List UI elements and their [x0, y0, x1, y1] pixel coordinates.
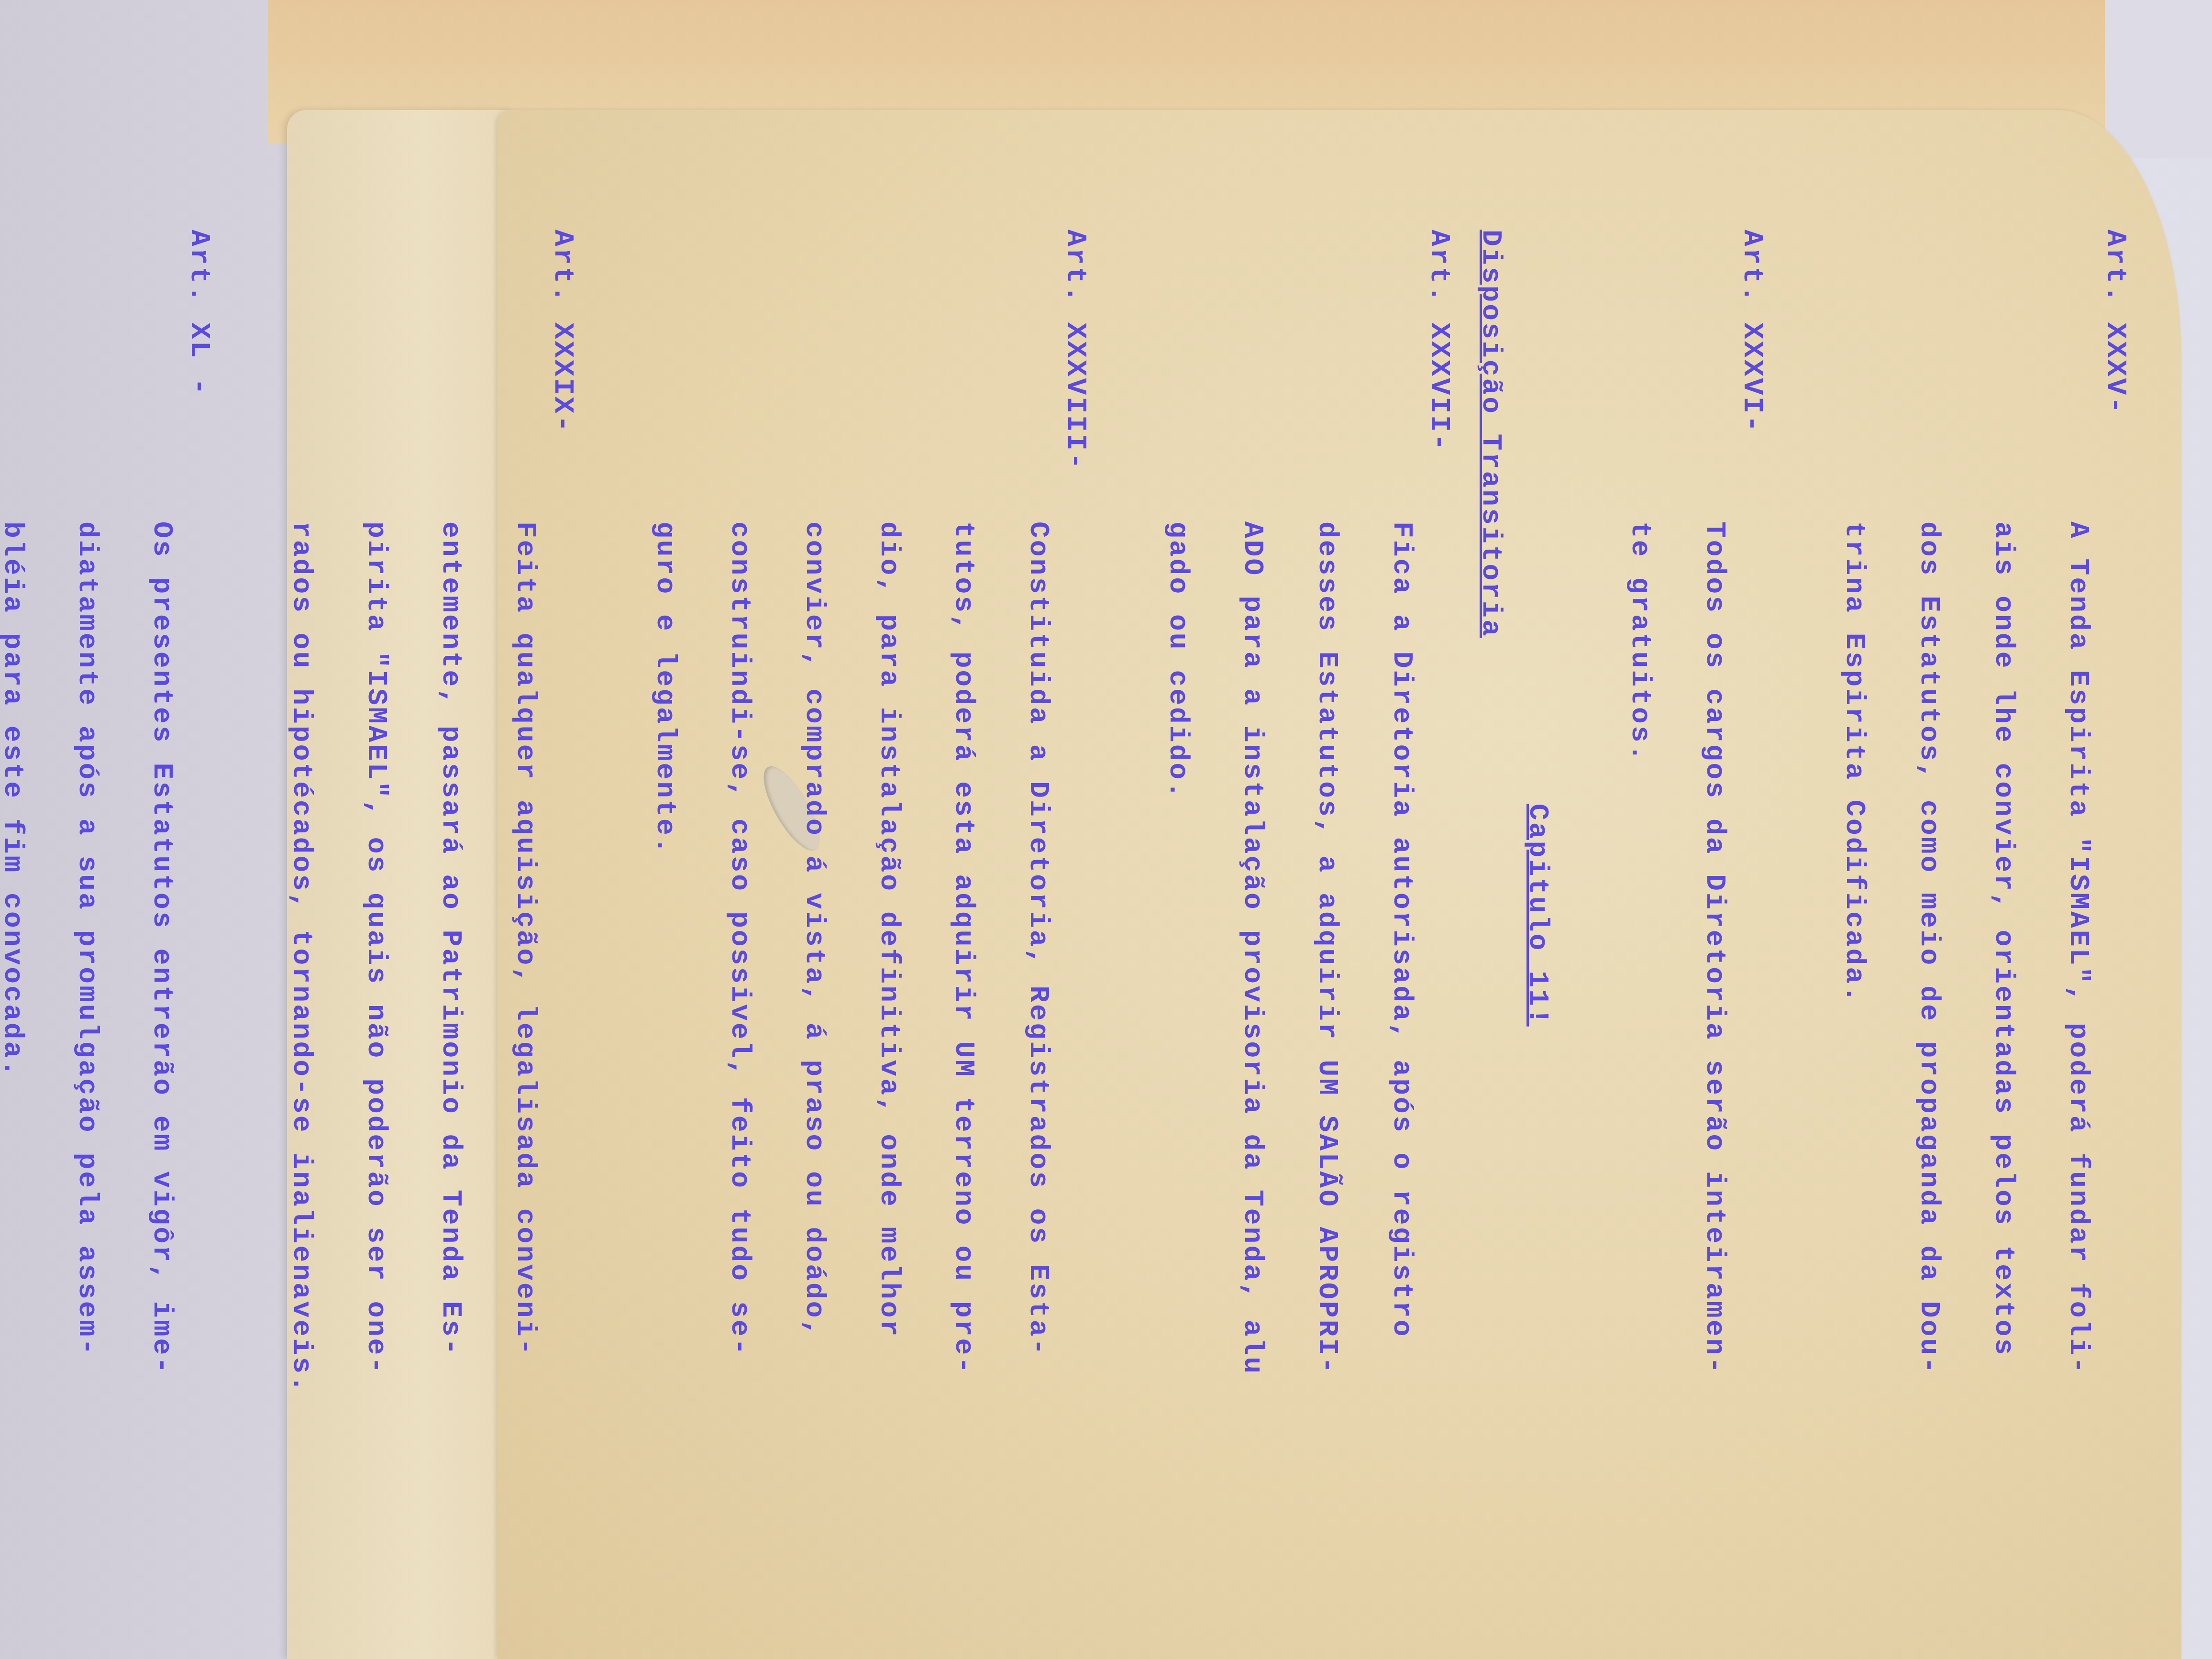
text-line: tutos, poderá esta adquirir UM terreno o…: [944, 521, 982, 1617]
chapter-title: Capitulo 11!: [1518, 804, 1556, 1617]
text-line: desses Estatutos, a adquirir UM SALÃO AP…: [1308, 521, 1345, 1617]
text-line: Todos os cargos da Diretoria serão intei…: [1695, 521, 1733, 1617]
text-line: construindi-se, caso possivel, feito tud…: [720, 521, 758, 1617]
text-line: convier, comprado á vista, á praso ou do…: [795, 521, 832, 1617]
text-line: gado ou cedido.: [1159, 521, 1196, 1617]
article-label: Art. XXXIX-: [245, 230, 581, 521]
article-body: A Tenda Espirita "ISMAEL", poderá fundar…: [1798, 521, 2134, 1617]
article-xxxviii: Art. XXXVIII- Constituida a Diretoria, R…: [608, 230, 1094, 1617]
text-line: Feita qualquer aquisição, legalisada con…: [506, 521, 543, 1617]
article-body: Feita qualquer aquisição, legalisada con…: [245, 521, 581, 1617]
article-xxxvii: Art. XXXVII- Fica a Diretoria autorisada…: [1121, 230, 1457, 1617]
article-body: Os presentes Estatutos entrerão em vigôr…: [0, 521, 217, 1617]
article-label: Art. XXXVII-: [1121, 230, 1457, 521]
article-xxxv: Art. XXXV- A Tenda Espirita "ISMAEL", po…: [1798, 230, 2134, 1617]
text-line: A Tenda Espirita "ISMAEL", poderá fundar…: [2059, 521, 2096, 1617]
text-line: trina Espirita Codificada.: [1835, 521, 1872, 1617]
text-line: rados ou hipotécados, tornando-se inalie…: [282, 521, 320, 1617]
text-line: ADO para a instalação provisoria da Tend…: [1233, 521, 1271, 1617]
text-line: ais onde lhe convier, orientadas pelos t…: [1984, 521, 2022, 1617]
article-xl: Art. XL - Os presentes Estatutos entrerã…: [0, 230, 217, 1617]
article-label: Art. XXXVI-: [1583, 230, 1770, 521]
article-xxxix: Art. XXXIX- Feita qualquer aquisição, le…: [245, 230, 581, 1617]
article-label: Art. XXXV-: [1798, 230, 2134, 521]
text-line: guro e legalmente.: [646, 521, 683, 1617]
article-body: Todos os cargos da Diretoria serão intei…: [1583, 521, 1770, 1617]
section-title: Disposição Transitoria: [1471, 230, 1509, 1617]
text-line: dio, para instalação definitiva, onde me…: [870, 521, 907, 1617]
article-body: Constituida a Diretoria, Registrados os …: [608, 521, 1094, 1617]
text-line: Fica a Diretoria autorisada, após o regi…: [1382, 521, 1420, 1617]
text-line: entemente, passará ao Patrimonio da Tend…: [431, 521, 469, 1617]
article-label: Art. XL -: [0, 230, 217, 521]
background-surface: [2105, 0, 2212, 158]
text-line: pirita "ISMAEL", os quais não poderão se…: [357, 521, 394, 1617]
article-label: Art. XXXVIII-: [608, 230, 1094, 521]
article-body: Fica a Diretoria autorisada, após o regi…: [1121, 521, 1457, 1617]
text-line: bléia para este fim convocada.: [0, 521, 31, 1617]
text-line: te gratuitos.: [1621, 521, 1658, 1617]
text-line: Os presentes Estatutos entrerão em vigôr…: [143, 521, 180, 1617]
typed-text-block: Art. XXXV- A Tenda Espirita "ISMAEL", po…: [77, 230, 2134, 1617]
text-line: Constituida a Diretoria, Registrados os …: [1019, 521, 1056, 1617]
article-xxxvi: Art. XXXVI- Todos os cargos da Diretoria…: [1583, 230, 1770, 1617]
text-line: dos Estatutos, como meio de propaganda d…: [1910, 521, 1947, 1617]
text-line: diatamente após a sua promulgação pela a…: [68, 521, 105, 1617]
